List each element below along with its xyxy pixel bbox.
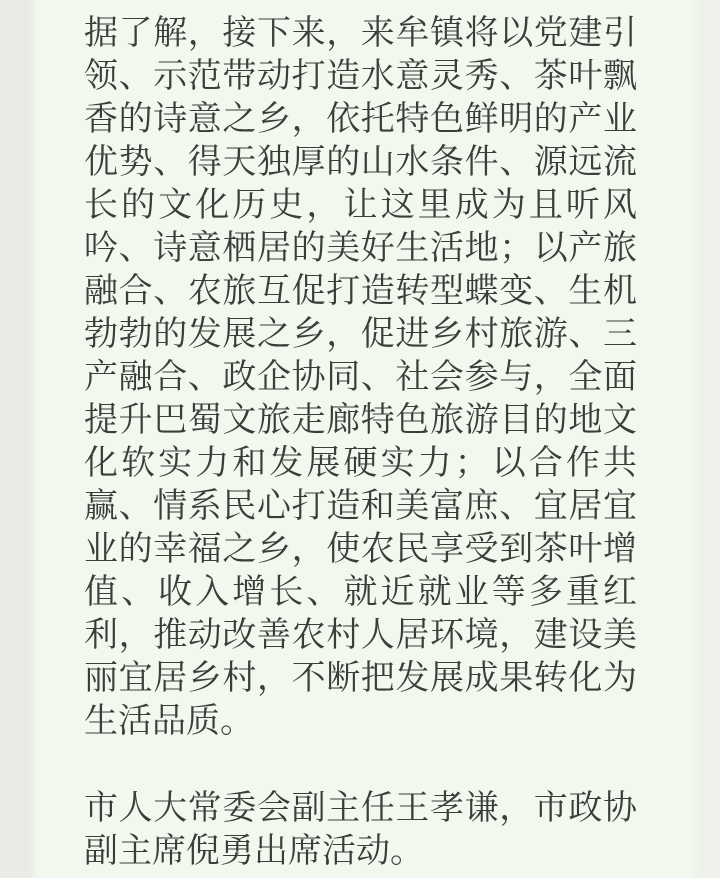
page-right-edge-shade [691,0,720,878]
article-body: 据了解，接下来，来牟镇将以党建引领、示范带动打造水意灵秀、茶叶飘香的诗意之乡，依… [84,12,637,873]
article-paragraph-2: 市人大常委会副主任王孝谦，市政协副主席倪勇出席活动。 [84,787,637,873]
page-left-edge-shade [0,0,37,878]
article-paragraph-1: 据了解，接下来，来牟镇将以党建引领、示范带动打造水意灵秀、茶叶飘香的诗意之乡，依… [84,12,637,743]
reader-page: 据了解，接下来，来牟镇将以党建引领、示范带动打造水意灵秀、茶叶飘香的诗意之乡，依… [0,0,720,878]
